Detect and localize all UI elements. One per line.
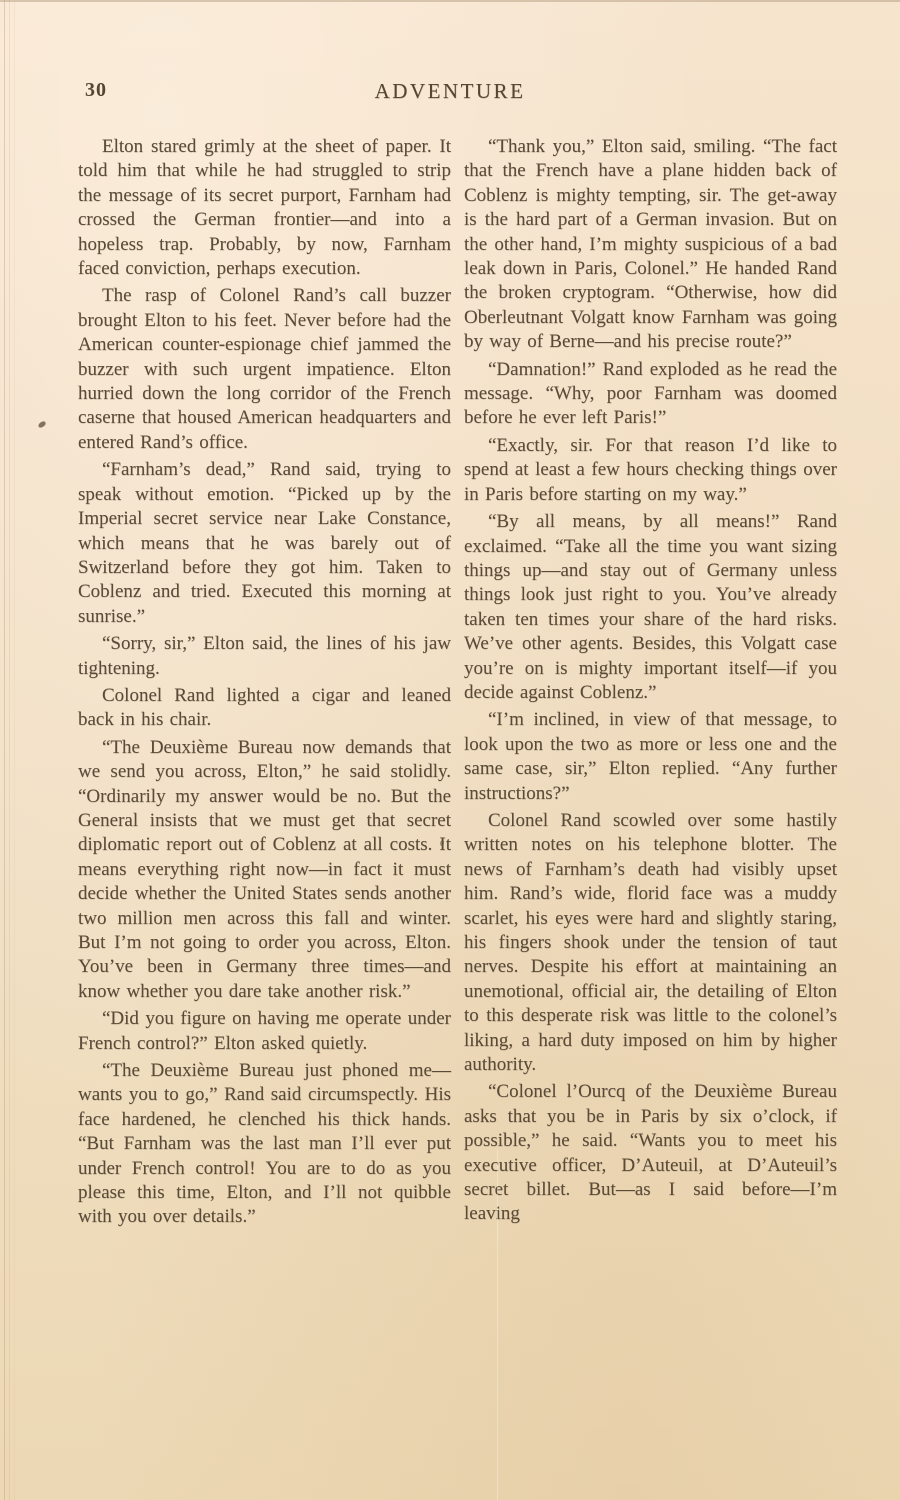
page-header: 30 ADVENTURE — [0, 0, 900, 103]
text-column-right: “Thank you,” Elton said, smiling. “The f… — [464, 135, 837, 1233]
paragraph: “Sorry, sir,” Elton said, the lines of h… — [78, 632, 451, 681]
paragraph: Colonel Rand scowled over some hastily w… — [464, 809, 837, 1077]
paragraph: “I’m inclined, in view of that message, … — [464, 708, 837, 806]
text-column-left: Elton stared grimly at the sheet of pape… — [78, 135, 451, 1233]
paragraph: “The Deuxième Bureau just phoned me—want… — [78, 1059, 451, 1230]
paragraph: “Damnation!” Rand exploded as he read th… — [464, 358, 837, 431]
paragraph: Colonel Rand lighted a cigar and leaned … — [78, 684, 451, 733]
paragraph: “Did you figure on having me operate und… — [78, 1007, 451, 1056]
paragraph: “Farnham’s dead,” Rand said, trying to s… — [78, 458, 451, 629]
magazine-page: { "page": { "number": "30", "running_hea… — [0, 0, 900, 1500]
paragraph: The rasp of Colonel Rand’s call buzzer b… — [78, 284, 451, 455]
paragraph: “By all means, by all means!” Rand excla… — [464, 510, 837, 705]
story-text-body: Elton stared grimly at the sheet of pape… — [0, 103, 900, 1233]
paragraph: “Colonel l’Ourcq of the Deuxième Bureau … — [464, 1080, 837, 1226]
paragraph: “Exactly, sir. For that reason I’d like … — [464, 434, 837, 507]
paragraph: “Thank you,” Elton said, smiling. “The f… — [464, 135, 837, 355]
page-number: 30 — [85, 79, 107, 102]
paragraph: “The Deuxième Bureau now demands that we… — [78, 736, 451, 1004]
paragraph: Elton stared grimly at the sheet of pape… — [78, 135, 451, 281]
running-head-title: ADVENTURE — [0, 79, 900, 104]
